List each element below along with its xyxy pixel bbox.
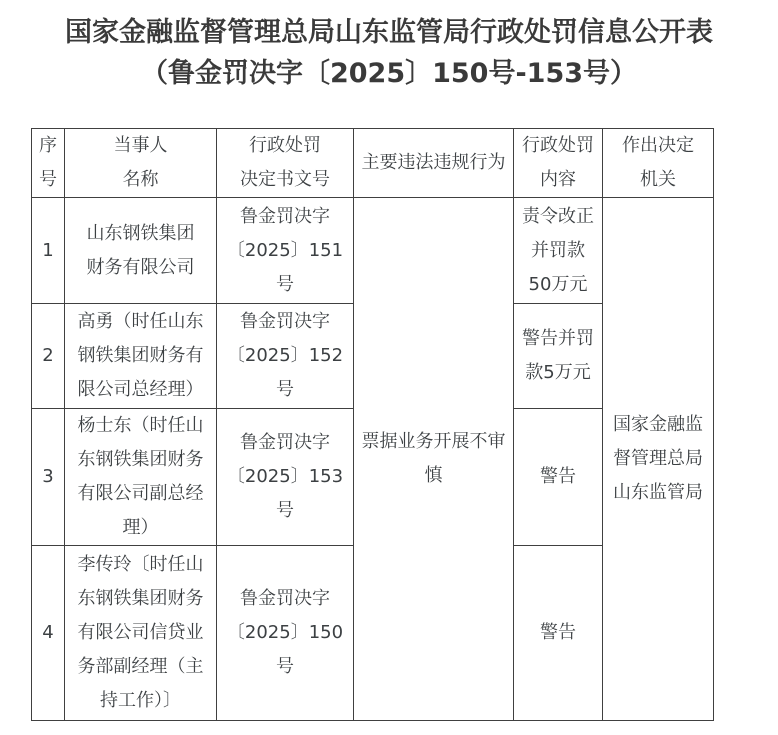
header-violation: 主要违法违规行为 (354, 129, 514, 198)
table-row-1: 1 山东钢铁集团 财务有限公司 鲁金罚决字 〔2025〕151 号 票据业务开展… (32, 198, 714, 304)
violation-merged-cell: 票据业务开展不审 慎 (354, 198, 514, 721)
party-cell-4: 李传玲〔时任山 东钢铁集团财务 有限公司信贷业 务部副经理（主 持工作）〕 (65, 546, 217, 721)
authority-merged-cell: 国家金融监 督管理总局 山东监管局 (603, 198, 714, 721)
page-title: 国家金融监督管理总局山东监管局行政处罚信息公开表 （鲁金罚决字〔2025〕150… (0, 12, 778, 94)
doc-no-cell-2: 鲁金罚决字 〔2025〕152 号 (217, 304, 354, 409)
seq-cell-2: 2 (32, 304, 65, 409)
penalty-cell-3: 警告 (514, 409, 603, 546)
header-party: 当事人 名称 (65, 129, 217, 198)
header-authority: 作出决定 机关 (603, 129, 714, 198)
penalty-disclosure-page: 国家金融监督管理总局山东监管局行政处罚信息公开表 （鲁金罚决字〔2025〕150… (0, 0, 778, 735)
penalty-cell-4: 警告 (514, 546, 603, 721)
header-penalty: 行政处罚 内容 (514, 129, 603, 198)
seq-cell-4: 4 (32, 546, 65, 721)
table-header-row: 序 号 当事人 名称 行政处罚 决定书文号 主要违法违规行为 行政处罚 内容 作… (32, 129, 714, 198)
seq-cell-1: 1 (32, 198, 65, 304)
penalty-cell-1: 责令改正 并罚款 50万元 (514, 198, 603, 304)
doc-no-cell-4: 鲁金罚决字 〔2025〕150 号 (217, 546, 354, 721)
header-seq: 序 号 (32, 129, 65, 198)
page-title-line2: （鲁金罚决字〔2025〕150号-153号） (0, 53, 778, 94)
doc-no-cell-3: 鲁金罚决字 〔2025〕153 号 (217, 409, 354, 546)
seq-cell-3: 3 (32, 409, 65, 546)
doc-no-cell-1: 鲁金罚决字 〔2025〕151 号 (217, 198, 354, 304)
penalty-table: 序 号 当事人 名称 行政处罚 决定书文号 主要违法违规行为 行政处罚 内容 作… (31, 128, 714, 721)
penalty-cell-2: 警告并罚 款5万元 (514, 304, 603, 409)
header-doc-no: 行政处罚 决定书文号 (217, 129, 354, 198)
party-cell-1: 山东钢铁集团 财务有限公司 (65, 198, 217, 304)
party-cell-2: 高勇（时任山东 钢铁集团财务有 限公司总经理） (65, 304, 217, 409)
page-title-line1: 国家金融监督管理总局山东监管局行政处罚信息公开表 (0, 12, 778, 53)
party-cell-3: 杨士东（时任山 东钢铁集团财务 有限公司副总经 理） (65, 409, 217, 546)
